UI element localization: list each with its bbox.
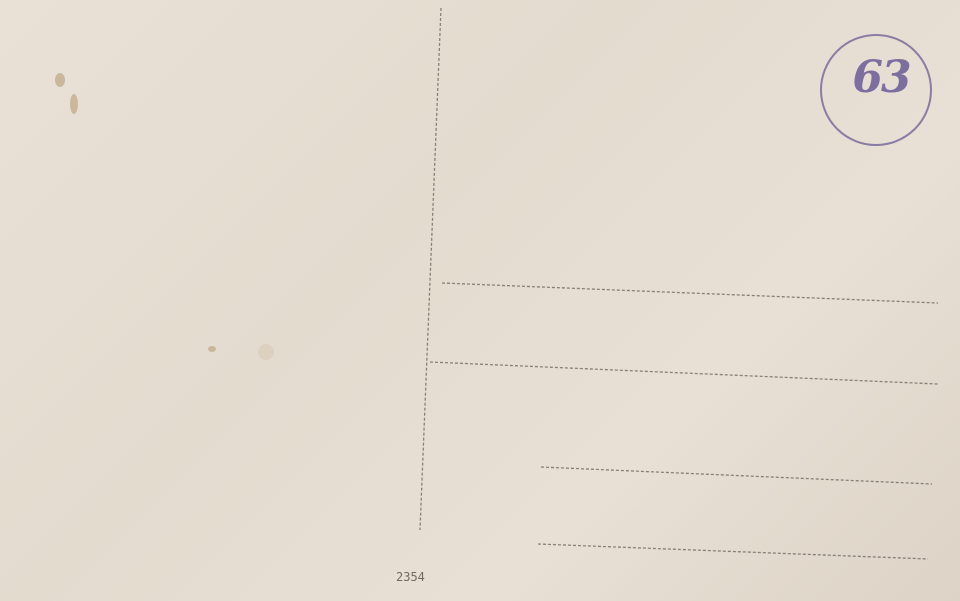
address-line-4	[538, 544, 928, 559]
address-rules	[0, 0, 960, 601]
address-line-1	[442, 283, 938, 303]
postage-mark: 63	[836, 52, 926, 103]
divider-line	[420, 8, 441, 530]
address-line-2	[430, 362, 938, 384]
address-line-3	[541, 467, 932, 484]
print-code: 2354	[396, 570, 425, 584]
stains	[55, 73, 274, 360]
postcard-back: 63 2354	[0, 0, 960, 601]
